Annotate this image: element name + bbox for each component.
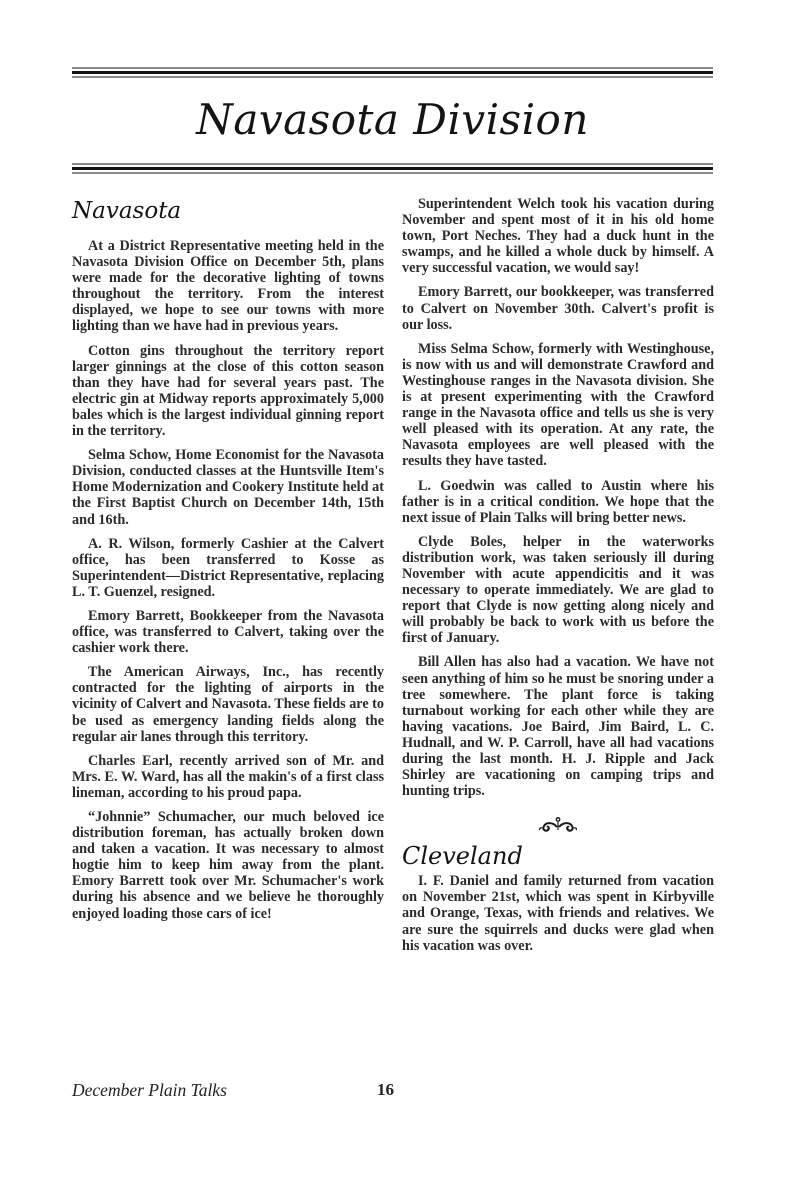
- article-paragraph: Emory Barrett, our bookkeeper, was trans…: [402, 284, 714, 332]
- article-paragraph: Charles Earl, recently arrived son of Mr…: [72, 753, 384, 801]
- page-number: 16: [377, 1080, 394, 1100]
- title-top-rule: [72, 67, 713, 79]
- article-paragraph: Miss Selma Schow, formerly with Westingh…: [402, 341, 714, 470]
- article-paragraph: Clyde Boles, helper in the waterworks di…: [402, 534, 714, 647]
- article-paragraph: Emory Barrett, Bookkeeper from the Navas…: [72, 608, 384, 656]
- article-paragraph: The American Airways, Inc., has recently…: [72, 664, 384, 744]
- article-paragraph: Selma Schow, Home Economist for the Nava…: [72, 447, 384, 527]
- publication-name: December Plain Talks: [72, 1080, 227, 1101]
- title-bottom-rule: [72, 163, 713, 175]
- article-paragraph: I. F. Daniel and family returned from va…: [402, 873, 714, 953]
- article-paragraph: Cotton gins throughout the territory rep…: [72, 343, 384, 440]
- page-footer: December Plain Talks 16: [72, 1080, 402, 1104]
- right-column: Superintendent Welch took his vacation d…: [402, 196, 714, 962]
- article-paragraph: A. R. Wilson, formerly Cashier at the Ca…: [72, 536, 384, 600]
- left-column: Navasota At a District Representative me…: [72, 196, 384, 930]
- floral-ornament-icon: [402, 815, 714, 835]
- article-paragraph: “Johnnie” Schumacher, our much beloved i…: [72, 809, 384, 922]
- article-paragraph: Bill Allen has also had a vacation. We h…: [402, 654, 714, 799]
- page-title: Navasota Division: [72, 84, 713, 156]
- section-heading-navasota: Navasota: [72, 196, 384, 226]
- magazine-page: Navasota Division Navasota At a District…: [0, 0, 786, 1200]
- section-heading-cleveland: Cleveland: [402, 841, 714, 871]
- article-paragraph: At a District Representative meeting hel…: [72, 238, 384, 335]
- article-paragraph: Superintendent Welch took his vacation d…: [402, 196, 714, 276]
- article-paragraph: L. Goedwin was called to Austin where hi…: [402, 478, 714, 526]
